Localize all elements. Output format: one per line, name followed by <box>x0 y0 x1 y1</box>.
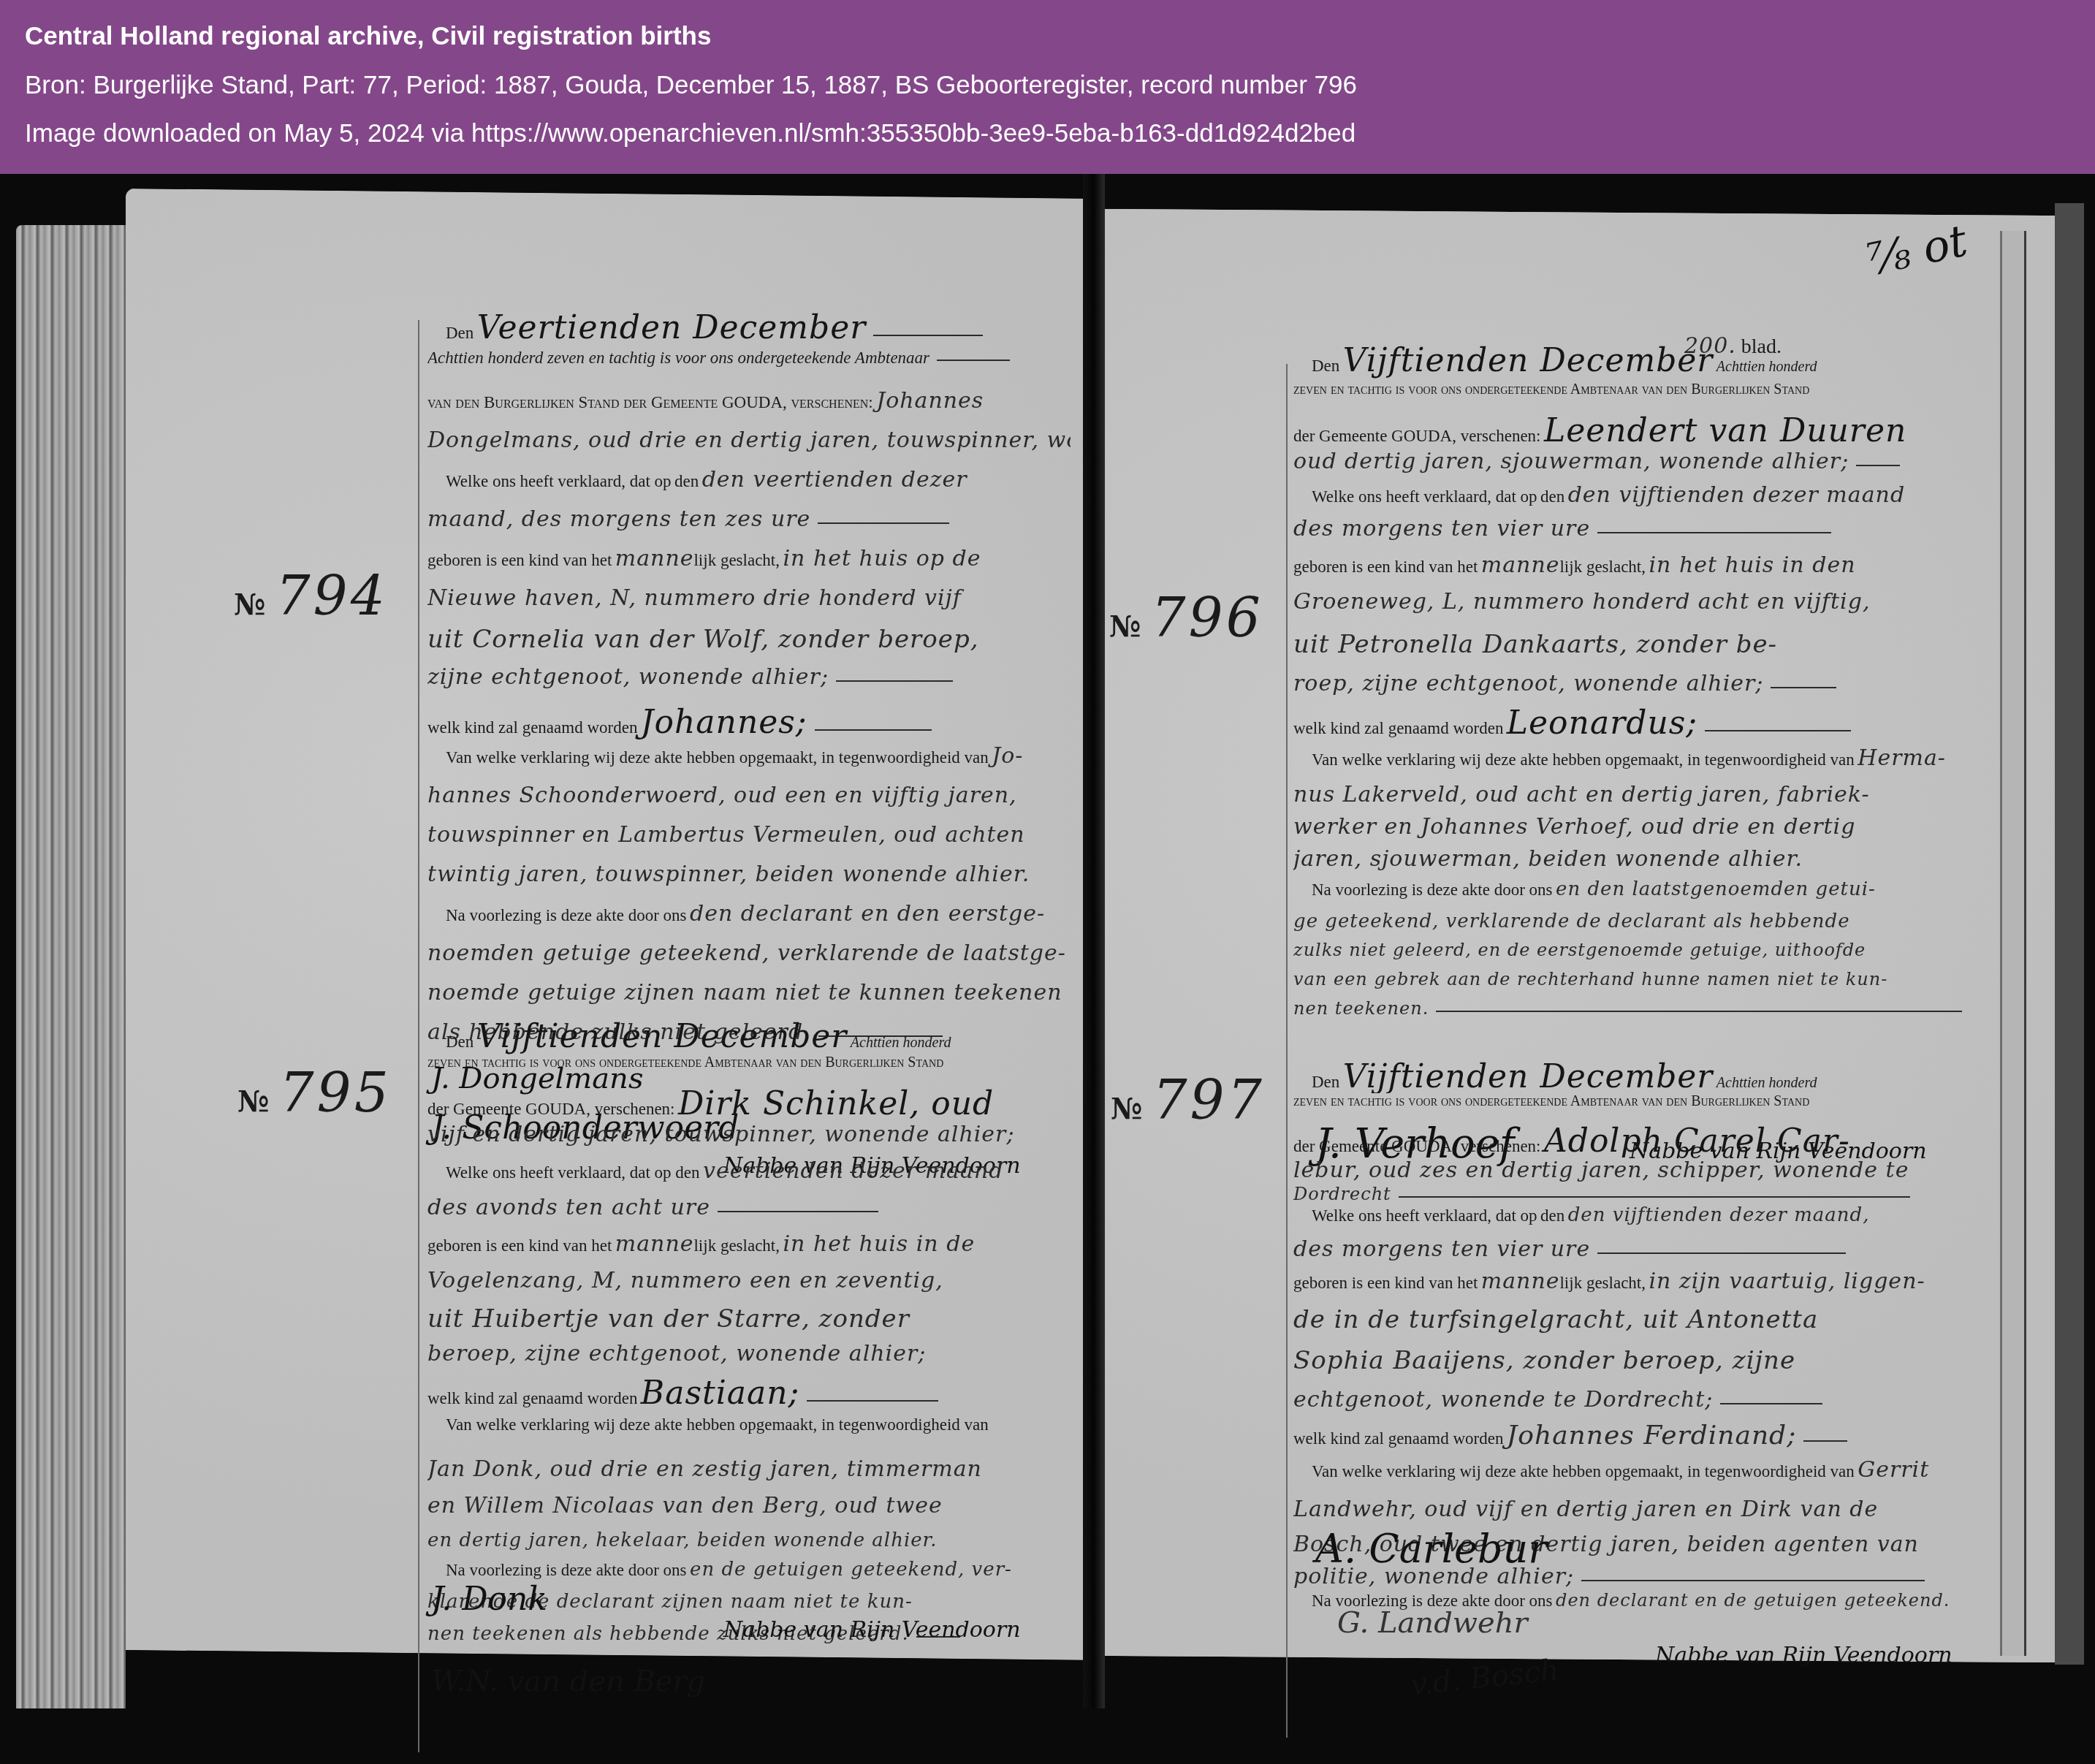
act-line: Van welke verklaring wij deze akte hebbe… <box>427 1415 1071 1456</box>
act-line: der Gemeente GOUDA, verschenen: Adolph C… <box>1293 1122 1995 1157</box>
act-line: Achttien honderd zeven en tachtig is voo… <box>427 349 1071 388</box>
act-line: geboren is een kind van het mannelijk ge… <box>1293 552 1995 589</box>
act-line: Den Vijftienden December Achttien honder… <box>427 1018 1071 1054</box>
act-line: zeven en tachtig is voor ons ondergeteek… <box>1293 1093 1995 1122</box>
act-line: van een gebrek aan de rechterhand hunne … <box>1293 969 1995 998</box>
signature-witness-bosch: v.d. Bosch <box>1409 1653 1560 1702</box>
act-line: zeven en tachtig is voor ons ondergeteek… <box>427 1054 1071 1085</box>
act-line: Nieuwe haven, N, nummero drie honderd vi… <box>427 585 1071 625</box>
act-line: Welke ons heeft verklaard, dat op den de… <box>427 467 1071 506</box>
signature-registrar: Nabbe van Rijn Veendoorn <box>723 1617 1021 1643</box>
signature-registrar: Nabbe van Rijn Veendoorn <box>1655 1643 1953 1668</box>
banner-source: Bron: Burgerlijke Stand, Part: 77, Perio… <box>25 71 1357 100</box>
act-line: noemden getuige geteekend, verklarende d… <box>427 940 1071 980</box>
act-line: Van welke verklaring wij deze akte hebbe… <box>1293 745 1995 782</box>
birth-act-796: Den Vijftienden December Achttien honder… <box>1293 342 1995 1027</box>
act-line: uit Petronella Dankaarts, zonder be- <box>1293 630 1995 671</box>
act-line: de in de turfsingelgracht, uit Antonetta <box>1293 1305 1995 1346</box>
signature-witness-landwehr: G. Landwehr <box>1337 1606 1528 1640</box>
act-line: Den Vijftienden December Achttien honder… <box>1293 342 1995 381</box>
act-line: der Gemeente GOUDA, verschenen: Leendert… <box>1293 412 1995 449</box>
act-line: zijne echtgenoot, wonende alhier; <box>427 664 1071 704</box>
register-scan: ⅞ ot 200. blad. №794 №795 №796 №797 Den … <box>0 174 2095 1764</box>
act-line: twintig jaren, touwspinner, beiden wonen… <box>427 862 1071 901</box>
act-line: geboren is een kind van het mannelijk ge… <box>1293 1269 1995 1305</box>
act-line: noemde getuige zijnen naam niet te kunne… <box>427 980 1071 1019</box>
act-line: beroep, zijne echtgenoot, wonende alhier… <box>427 1341 1071 1375</box>
banner-title: Central Holland regional archive, Civil … <box>25 22 711 51</box>
right-page-fold <box>2000 231 2026 1656</box>
act-line: Jan Donk, oud drie en zestig jaren, timm… <box>427 1456 1071 1493</box>
act-line: des morgens ten vier ure <box>1293 516 1995 552</box>
archive-banner: Central Holland regional archive, Civil … <box>0 0 2095 174</box>
signature-witness-van-den-berg: W.N. van den Berg <box>431 1665 705 1698</box>
left-margin-rule <box>418 320 419 1752</box>
act-line: roep, zijne echtgenoot, wonende alhier; <box>1293 671 1995 704</box>
act-line: Welke ons heeft verklaard, dat op den ve… <box>427 1158 1071 1195</box>
act-line: welk kind zal genaamd worden Johannes; <box>427 704 1071 743</box>
act-line: Van welke verklaring wij deze akte hebbe… <box>427 743 1071 783</box>
act-line: des morgens ten vier ure <box>1293 1236 1995 1269</box>
signature-witness-donk: J. Donk <box>431 1581 547 1618</box>
act-line: van den Burgerlijken Stand der Gemeente … <box>427 388 1071 427</box>
act-line: jaren, sjouwerman, beiden wonende alhier… <box>1293 846 1995 878</box>
act-line: vijf en dertig jaren, touwspinner, wonen… <box>427 1122 1071 1158</box>
act-line: zulks niet geleerd, en de eerstgenoemde … <box>1293 940 1995 969</box>
act-line: geboren is een kind van het mannelijk ge… <box>427 1231 1071 1268</box>
right-margin-rule <box>1286 364 1288 1738</box>
act-line: nus Lakerveld, oud acht en dertig jaren,… <box>1293 782 1995 814</box>
act-line: geboren is een kind van het mannelijk ge… <box>427 546 1071 585</box>
act-line: Na voorlezing is deze akte door ons en d… <box>1293 878 1995 910</box>
act-line: hannes Schoonderwoerd, oud een en vijfti… <box>427 783 1071 822</box>
act-line: Den Vijftienden December Achttien honder… <box>1293 1058 1995 1093</box>
birth-act-795: Den Vijftienden December Achttien honder… <box>427 1018 1071 1655</box>
act-line: Vogelenzang, M, nummero een en zeventig, <box>427 1268 1071 1304</box>
act-line: Dongelmans, oud drie en dertig jaren, to… <box>427 427 1071 467</box>
record-number-797: №797 <box>1111 1069 1265 1132</box>
book-gutter <box>1083 174 1105 1708</box>
act-line: Van welke verklaring wij deze akte hebbe… <box>1293 1457 1995 1497</box>
act-line: Na voorlezing is deze akte door ons den … <box>427 901 1071 940</box>
act-line: Sophia Baaijens, zonder beroep, zijne <box>1293 1346 1995 1387</box>
act-line: lebur, oud zes en dertig jaren, schipper… <box>1293 1157 1995 1184</box>
act-line: zeven en tachtig is voor ons ondergeteek… <box>1293 381 1995 412</box>
act-line: echtgenoot, wonende te Dordrecht; <box>1293 1387 1995 1421</box>
act-line: oud dertig jaren, sjouwerman, wonende al… <box>1293 449 1995 482</box>
record-number-795: №795 <box>237 1062 392 1125</box>
banner-download-info: Image downloaded on May 5, 2024 via http… <box>25 119 1356 148</box>
act-line: der Gemeente GOUDA, verschenen: Dirk Sch… <box>427 1085 1071 1122</box>
act-line: ge geteekend, verklarende de declarant a… <box>1293 910 1995 940</box>
birth-act-794: Den Veertienden December Achttien honder… <box>427 309 1071 1059</box>
act-line: welk kind zal genaamd worden Bastiaan; <box>427 1375 1071 1415</box>
act-line: Welke ons heeft verklaard, dat op den de… <box>1293 1204 1995 1236</box>
act-line: maand, des morgens ten zes ure <box>427 506 1071 546</box>
record-number-794: №794 <box>234 565 388 628</box>
record-number-796: №796 <box>1109 587 1263 650</box>
act-line: uit Huibertje van der Starre, zonder <box>427 1304 1071 1341</box>
act-line: Groeneweg, L, nummero honderd acht en vi… <box>1293 589 1995 630</box>
act-line: en dertig jaren, hekelaar, beiden wonend… <box>427 1529 1071 1559</box>
page-stack-edge <box>16 225 126 1708</box>
act-line: werker en Johannes Verhoef, oud drie en … <box>1293 814 1995 846</box>
act-line: en Willem Nicolaas van den Berg, oud twe… <box>427 1493 1071 1529</box>
act-line: des avonds ten acht ure <box>427 1195 1071 1231</box>
act-line: nen teekenen. <box>1293 998 1995 1027</box>
act-line: Welke ons heeft verklaard, dat op den de… <box>1293 482 1995 516</box>
act-line: welk kind zal genaamd worden Leonardus; <box>1293 704 1995 745</box>
act-line: uit Cornelia van der Wolf, zonder beroep… <box>427 625 1071 664</box>
signature-declarant-carlebur: A. Carlebur <box>1315 1526 1547 1572</box>
book-cover-edge <box>2055 203 2084 1665</box>
act-line: Dordrecht <box>1293 1184 1995 1204</box>
act-line: Den Veertienden December <box>427 309 1071 349</box>
act-line: touwspinner en Lambertus Vermeulen, oud … <box>427 822 1071 862</box>
act-line: welk kind zal genaamd worden Johannes Fe… <box>1293 1421 1995 1457</box>
